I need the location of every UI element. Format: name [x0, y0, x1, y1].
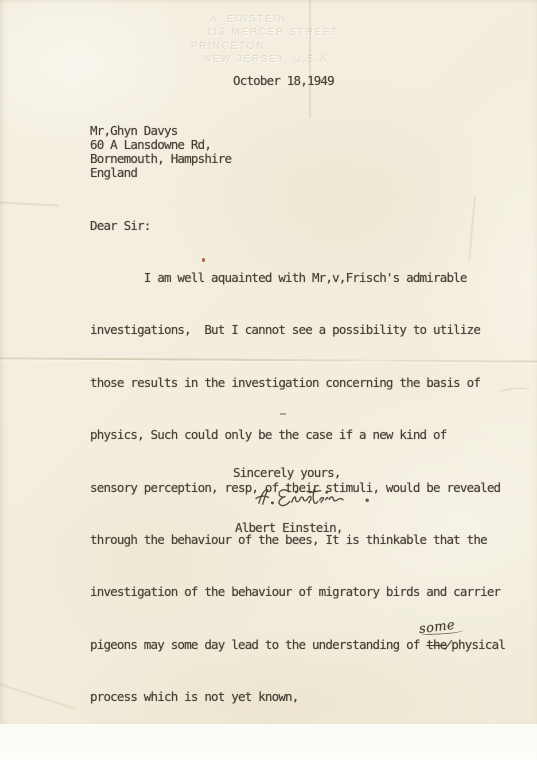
body-line: process which is not yet known, [90, 686, 505, 708]
body-line: investigations, But I cannot see a possi… [90, 319, 505, 341]
typed-signature: Albert Einstein, [235, 520, 343, 535]
body-line-edited: pigeons may some day lead to the underst… [90, 634, 505, 656]
edited-text-after: physical [451, 637, 505, 652]
einstein-signature [250, 482, 376, 511]
recipient-country: England [90, 166, 137, 180]
body-line: investigation of the behaviour of migrat… [90, 581, 505, 603]
letterhead-name: A. EINSTEIN [210, 14, 287, 25]
handwritten-insertion: some [418, 619, 455, 636]
body-line: those results in the investigation conce… [90, 372, 505, 394]
letterhead-state: NEW JERSEY, U.S.A. [204, 54, 333, 65]
salutation: Dear Sir: [90, 218, 151, 233]
strikethrough-word: the [426, 637, 446, 652]
edited-text-before: pigeons may some day lead to the underst… [90, 637, 426, 652]
red-correction-dot [202, 258, 205, 262]
scan-background-strip [0, 724, 537, 760]
crease-bottom-left [0, 680, 76, 709]
closing: Sincerely yours, [233, 465, 341, 480]
scanned-letter: A. EINSTEIN 112 MERCER STREET PRINCETON,… [0, 0, 537, 760]
letterhead-street: 112 MERCER STREET [206, 27, 339, 38]
letter-paper: A. EINSTEIN 112 MERCER STREET PRINCETON,… [0, 0, 537, 724]
crease-left-edge [0, 201, 58, 206]
stray-pencil-mark [280, 413, 286, 415]
letter-date: October 18,1949 [233, 73, 334, 88]
body-line: physics, Such could only be the case if … [90, 424, 505, 446]
body-line: I am well aquainted with Mr,v,Frisch's a… [90, 267, 505, 289]
letterhead-city: PRINCETON, [191, 41, 270, 52]
